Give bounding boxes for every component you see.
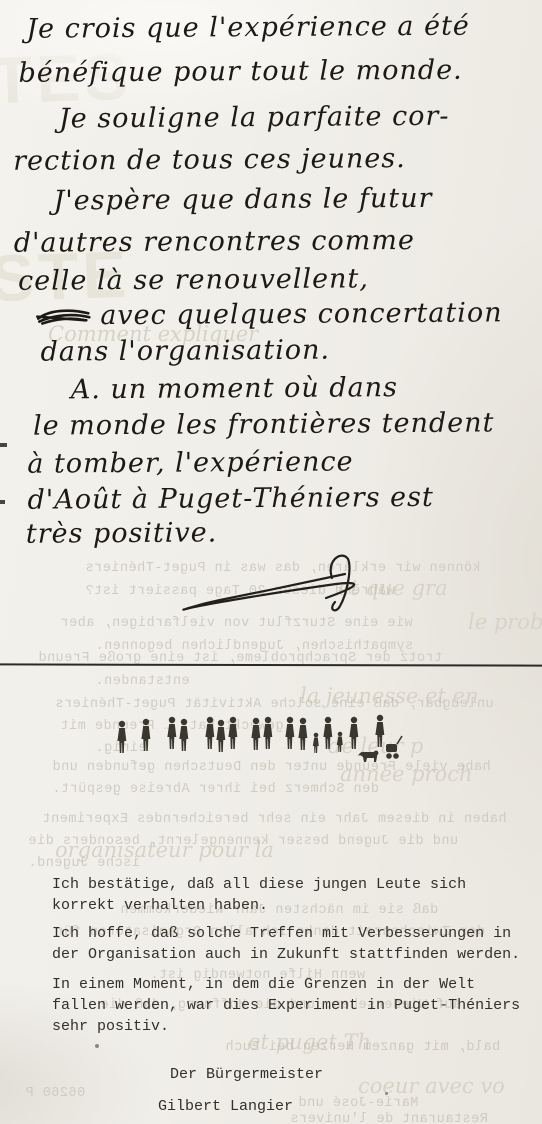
typed-line: korrekt verhalten haben. xyxy=(52,897,268,914)
handwritten-line: bénéfique pour tout le monde. xyxy=(18,55,462,89)
people-illustration-icon xyxy=(112,702,404,774)
scanned-letter-page: TES STE Comment expliquer et que gra le … xyxy=(0,0,542,1124)
handwritten-line: celle là se renouvellent, xyxy=(18,263,369,296)
handwritten-line: le monde les frontières tendent xyxy=(33,407,495,441)
typed-line: der Organisation auch in Zukunft stattfi… xyxy=(52,946,520,963)
handwritten-line: rection de tous ces jeunes. xyxy=(13,143,406,177)
typed-line: sehr positiv. xyxy=(52,1018,169,1035)
typed-line: Ich bestätige, daß all diese jungen Leut… xyxy=(52,876,466,893)
handwritten-line: à tomber, l'expérience xyxy=(27,446,354,479)
signature-icon xyxy=(148,548,368,628)
signoff-name: Gilbert Langier xyxy=(158,1098,293,1115)
signoff-title: Der Bürgermeister xyxy=(170,1066,323,1083)
handwritten-line: d'Août à Puget-Théniers est xyxy=(27,482,433,516)
typed-line: In einem Moment, in dem die Grenzen in d… xyxy=(52,976,475,993)
typed-line: Ich hoffe, daß solche Treffen mit Verbes… xyxy=(52,925,511,942)
handwritten-line: avec quelques concertation xyxy=(100,297,502,331)
scribble-strikeout xyxy=(34,304,94,328)
typed-line: fallen werden, war dies Experiment in Pu… xyxy=(52,997,520,1014)
handwritten-line: très positive. xyxy=(26,517,218,549)
handwritten-line: Je souligne la parfaite cor- xyxy=(59,101,450,135)
handwritten-line: d'autres rencontres comme xyxy=(14,225,415,259)
handwritten-line: Je crois que l'expérience a été xyxy=(26,11,470,45)
handwritten-line: J'espère que dans le futur xyxy=(53,183,432,217)
handwritten-line: dans l'organisation. xyxy=(40,335,330,368)
handwritten-line: A. un moment où dans xyxy=(71,372,398,405)
